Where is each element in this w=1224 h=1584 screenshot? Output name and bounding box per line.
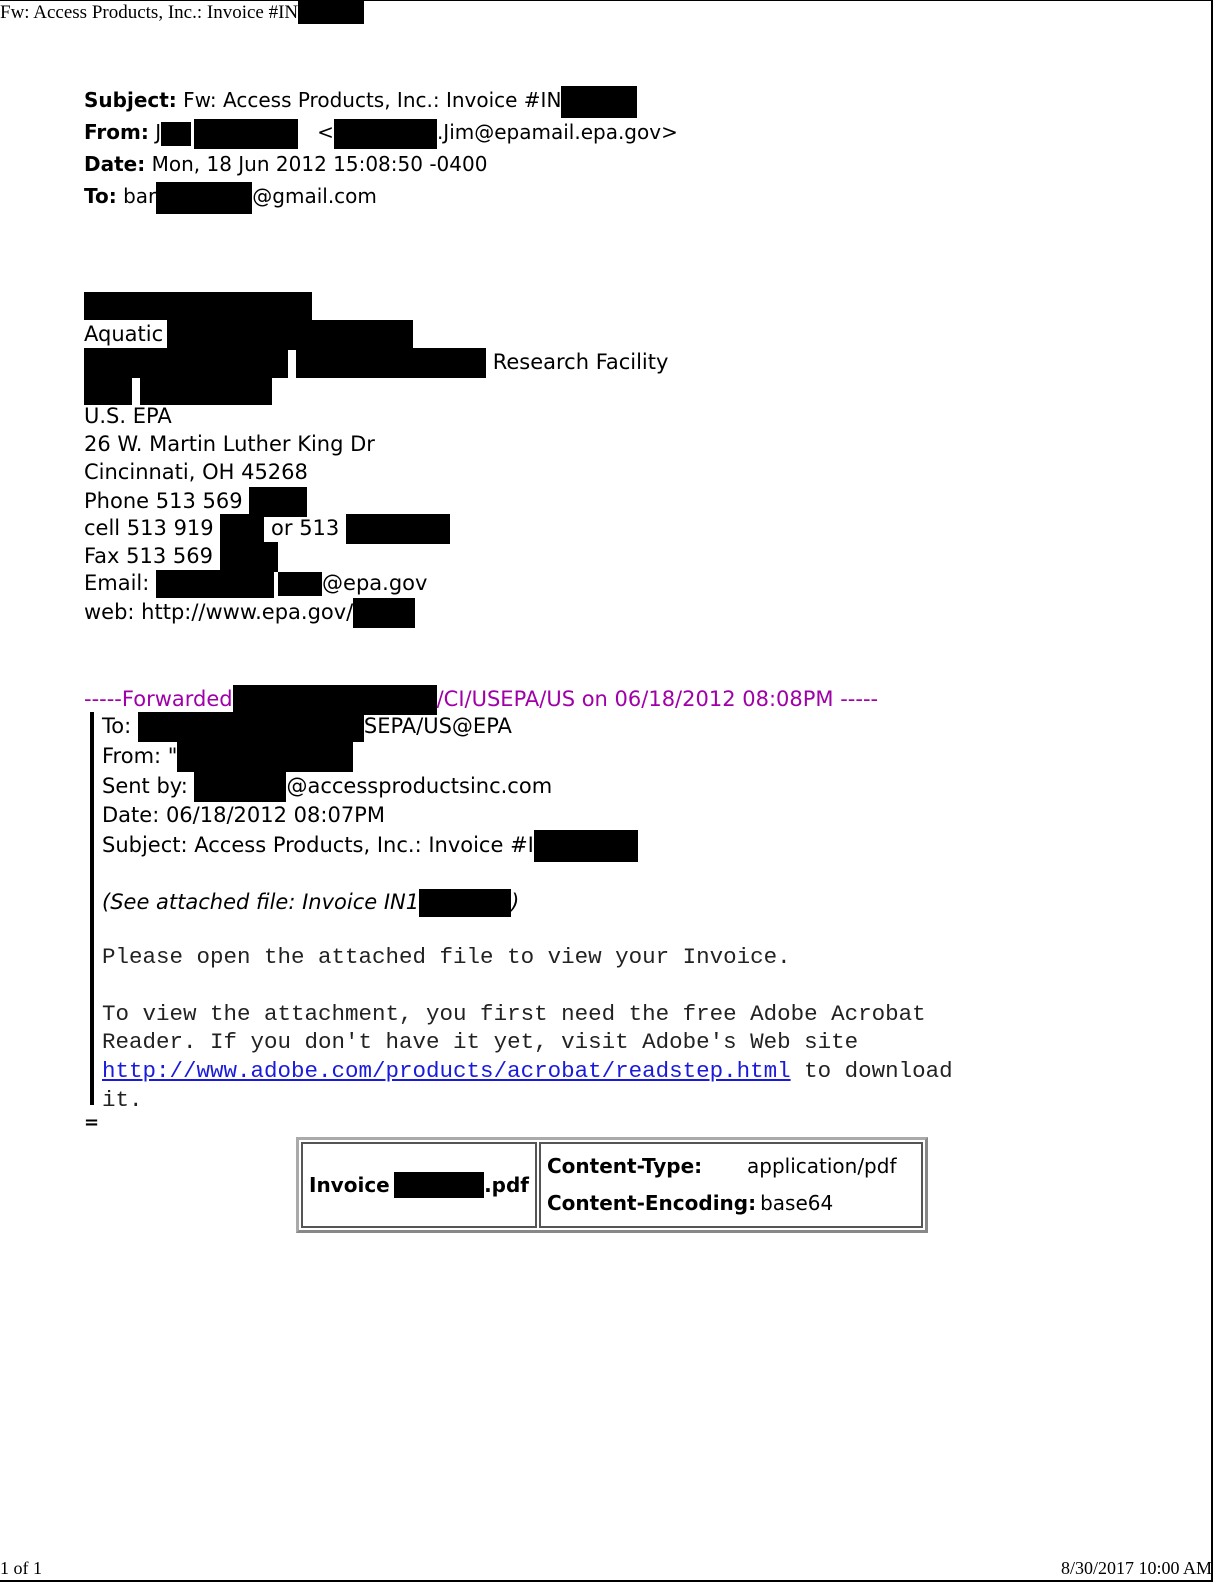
redaction (334, 119, 437, 149)
attached-file-note: (See attached file: Invoice IN1) (102, 889, 1122, 917)
adobe-reader-link[interactable]: http://www.adobe.com/products/acrobat/re… (102, 1058, 791, 1084)
redaction (233, 685, 437, 715)
redaction (140, 375, 272, 405)
forwarded-separator: -----Forwarded/CI/USEPA/US on 06/18/2012… (84, 685, 878, 715)
redaction (346, 514, 450, 544)
redaction (220, 514, 264, 544)
content-type-label: Content-Type: (547, 1148, 747, 1185)
print-timestamp: 8/30/2017 10:00 AM (1061, 1558, 1212, 1579)
redaction (156, 570, 274, 598)
redaction (394, 1172, 484, 1198)
redaction (177, 742, 353, 772)
email-date: Date: Mon, 18 Jun 2012 15:08:50 -0400 (84, 148, 487, 180)
redaction (298, 0, 364, 24)
forwarded-sent-by: Sent by: @accessproductsinc.com (102, 772, 1122, 802)
redaction (419, 889, 511, 917)
signature-block: Aquatic Research Facility U.S. EPA 26 W.… (84, 292, 668, 626)
redaction (156, 182, 252, 214)
redaction (138, 712, 364, 742)
attachment-filename[interactable]: Invoice.pdf (301, 1142, 537, 1228)
forwarded-date: Date: 06/18/2012 08:07PM (102, 802, 1122, 830)
print-header-title: Fw: Access Products, Inc.: Invoice #IN (0, 2, 364, 24)
body-line: http://www.adobe.com/products/acrobat/re… (102, 1057, 1122, 1086)
forwarded-from: From: " (102, 742, 1122, 772)
body-line: Reader. If you don't have it yet, visit … (102, 1028, 1122, 1057)
equals-sign: = (84, 1112, 99, 1133)
redaction (353, 598, 415, 628)
content-encoding-value: base64 (760, 1185, 833, 1222)
redaction (249, 487, 307, 517)
content-type-value: application/pdf (747, 1148, 897, 1185)
redaction (194, 119, 298, 149)
redaction (167, 320, 413, 350)
attachment-table: Invoice.pdf Content-Type:application/pdf… (296, 1137, 928, 1233)
page-number: 1 of 1 (0, 1558, 42, 1579)
redaction (296, 348, 486, 378)
content-encoding-label: Content-Encoding: (547, 1185, 756, 1222)
redaction (278, 572, 322, 596)
body-line: Please open the attached file to view yo… (102, 943, 1122, 972)
forwarded-to: To: SEPA/US@EPA (102, 712, 1122, 742)
redaction (194, 772, 286, 802)
redaction (161, 122, 191, 146)
redaction (561, 86, 637, 118)
forwarded-subject: Subject: Access Products, Inc.: Invoice … (102, 830, 1122, 862)
forwarded-message: To: SEPA/US@EPA From: " Sent by: @access… (90, 712, 1122, 1105)
body-line: it. (102, 1086, 1122, 1115)
redaction (84, 375, 132, 405)
redaction (84, 292, 312, 320)
redaction (84, 348, 288, 378)
email-from: From: J <.Jim@epamail.epa.gov> (84, 116, 678, 149)
email-subject: Subject: Fw: Access Products, Inc.: Invo… (84, 84, 637, 118)
redaction (534, 830, 638, 862)
body-line: To view the attachment, you first need t… (102, 1000, 1122, 1029)
redaction (220, 542, 278, 572)
email-to: To: bar@gmail.com (84, 180, 377, 214)
attachment-metadata: Content-Type:application/pdf Content-Enc… (539, 1142, 923, 1228)
